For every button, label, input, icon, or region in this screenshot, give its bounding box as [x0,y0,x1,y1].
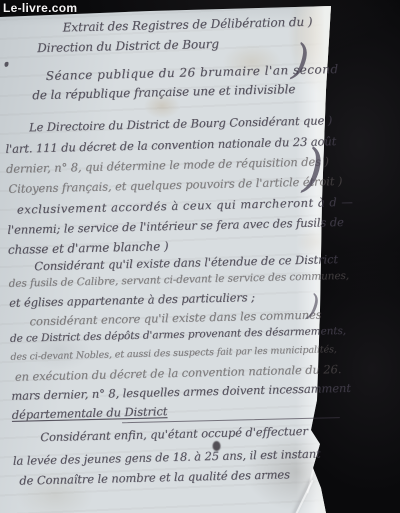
handwriting-layer: Extrait des Registres de Délibération du… [0,0,400,513]
manuscript-line: l'art. 111 du décret de la convention na… [5,134,336,156]
ink-speck [4,62,8,67]
manuscript-line: chasse et d'arme blanche ) [8,239,169,257]
manuscript-line: la levée des jeunes gens de 18. à 25 ans… [13,447,321,468]
manuscript-line: considérant encore qu'il existe dans les… [29,308,321,329]
manuscript-line: de ce District des dépôts d'armes proven… [10,325,346,345]
manuscript-line: de Connaître le nombre et la qualité des… [19,467,290,487]
site-watermark: Le-livre.com [3,1,77,15]
manuscript-line: mars dernier, n° 8, lesquelles armes doi… [11,381,351,403]
manuscript-line: l'ennemi; le service de l'intérieur se f… [7,215,344,237]
ink-blot [212,441,220,451]
manuscript-line: et églises appartenante à des particulie… [9,290,255,310]
manuscript-line: Considérant qu'il existe dans l'étendue … [34,252,338,273]
manuscript-line: Considérant enfin, qu'étant occupé d'eff… [40,424,308,444]
manuscript-line: Direction du District de Bourg [37,37,219,55]
manuscript-line: départementale du District [12,404,168,422]
manuscript-line: de la république française une et indivi… [32,82,295,102]
manuscript-line: des fusils de Calibre, servant ci-devant… [9,270,350,290]
manuscript-line: Le Directoire du District de Bourg Consi… [29,113,332,134]
manuscript-photo: Le-livre.com Extrait des Registres de Dé… [0,0,400,513]
manuscript-line: Extrait des Registres de Délibération du… [63,15,313,35]
manuscript-line: Citoyens français, et quelques pouvoirs … [8,174,342,196]
manuscript-line: en exécution du décret de la convention … [15,362,342,384]
ink-flourish: ) [301,138,325,199]
ink-flourish: ) [290,34,311,84]
manuscript-line: dernier, n° 8, qui détermine le mode de … [6,154,329,176]
manuscript-line: des ci-devant Nobles, et aussi des suspe… [10,344,337,363]
